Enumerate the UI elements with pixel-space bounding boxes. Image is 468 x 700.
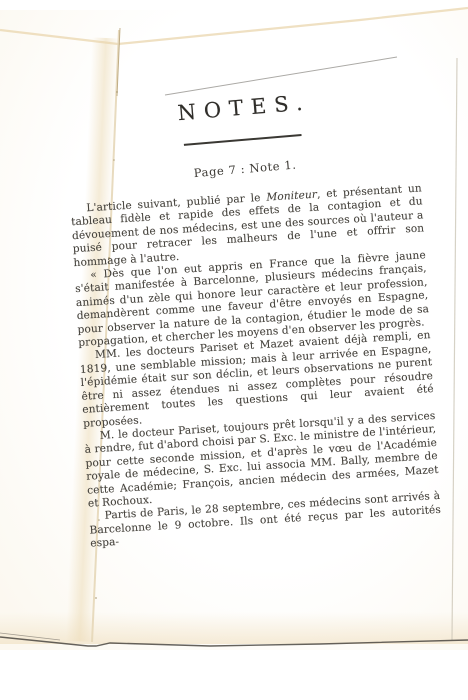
book-photo: NOTES. Page 7 : Note 1. L'article suivan… bbox=[0, 0, 468, 700]
right-page-edge bbox=[452, 58, 457, 640]
printed-page: NOTES. Page 7 : Note 1. L'article suivan… bbox=[64, 86, 442, 552]
note-body: L'article suivant, publié par le Moniteu… bbox=[70, 182, 442, 551]
note-heading: Page 7 : Note 1. bbox=[69, 147, 421, 190]
title-divider-rule bbox=[184, 134, 302, 146]
bottom-book-edge bbox=[0, 637, 468, 646]
bottom-edge-secondary-line bbox=[0, 633, 60, 640]
top-book-edge bbox=[0, 8, 468, 44]
